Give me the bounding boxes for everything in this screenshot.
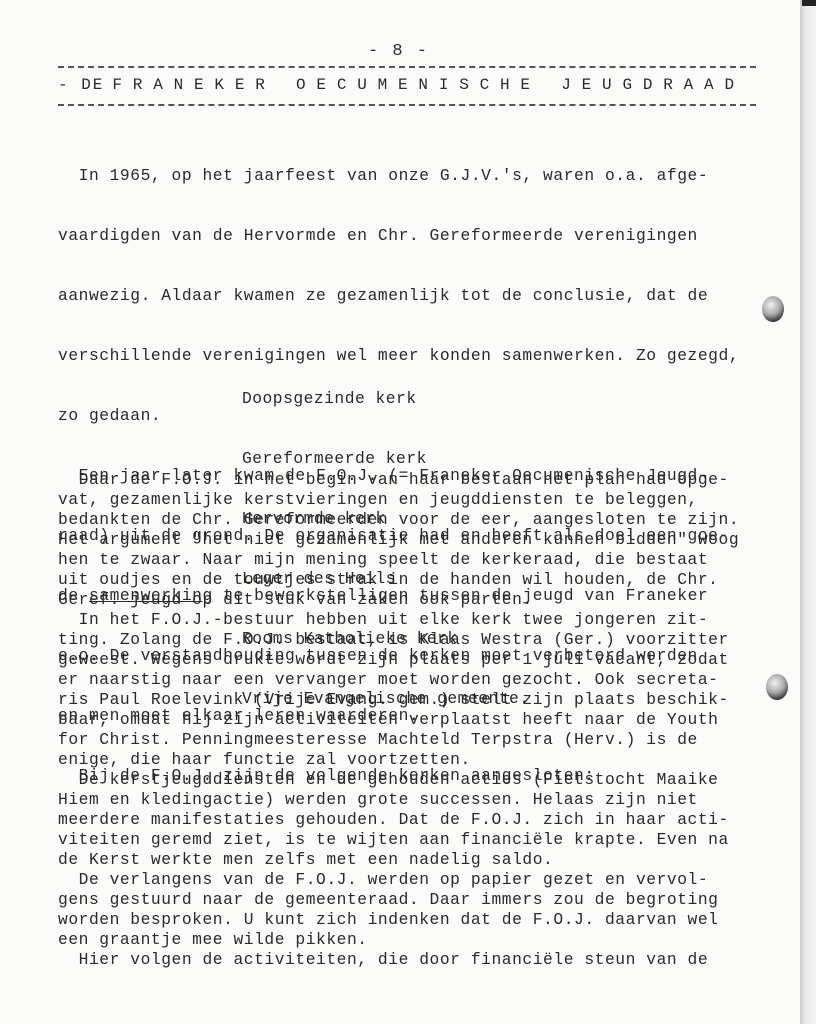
church-item: Doopsgezinde kerk [242, 389, 530, 409]
text-line: Het argument "het niet gezamenlijk met a… [58, 530, 778, 550]
text-line: Geref. jeugd op dit stuk van zaken ook p… [58, 590, 778, 610]
punch-hole [766, 674, 788, 700]
text-line: In het F.O.J.-bestuur hebben uit elke ke… [58, 610, 778, 630]
text-line: de Kerst werkte men zelfs met een nadeli… [58, 850, 778, 870]
text-line: viteiten geremd ziet, is te wijten aan f… [58, 830, 778, 850]
text-line: De kerstjeugddiensten en de gehouden act… [58, 770, 778, 790]
document-page: - 8 - - DEFRANEKER OECUMENISCHE JEUGDRAA… [0, 0, 800, 1024]
text-line: een graantje mee wilde pikken. [58, 930, 778, 950]
text-line: In 1965, op het jaarfeest van onze G.J.V… [58, 166, 778, 186]
text-line: Hier volgen de activiteiten, die door fi… [58, 950, 778, 970]
dashed-rule-top [58, 66, 756, 68]
dashed-rule-bottom [58, 104, 756, 106]
text-line: er naarstig naar een vervanger moet word… [58, 670, 778, 690]
scan-edge [802, 0, 816, 6]
text-line: enige, die haar functie zal voortzetten. [58, 750, 778, 770]
body-text-continued: Daar de F.O.J. in het begin van haar bes… [58, 470, 778, 970]
text-line: ris Paul Roelevink (Vrije Evang. gem.) s… [58, 690, 778, 710]
punch-hole [762, 296, 784, 322]
text-line: hen te zwaar. Naar mijn mening speelt de… [58, 550, 778, 570]
text-line: De verlangens van de F.O.J. werden op pa… [58, 870, 778, 890]
text-line: ting. Zolang de F.O.J. bestaat, is Klaas… [58, 630, 778, 650]
text-line: worden besproken. U kunt zich indenken d… [58, 910, 778, 930]
text-line: baar, omdat hij zijn activiteiten verpla… [58, 710, 778, 730]
title-lead: - DE [58, 76, 104, 94]
page-number: - 8 - [368, 42, 429, 61]
text-line: vaardigden van de Hervormde en Chr. Gere… [58, 226, 778, 246]
text-line: vat, gezamenlijke kerstvieringen en jeug… [58, 490, 778, 510]
text-line: geweest. Wegens drukte wordt zijn plaats… [58, 650, 778, 670]
text-line: meerdere manifestaties gehouden. Dat de … [58, 810, 778, 830]
page-title: - DEFRANEKER OECUMENISCHE JEUGDRAAD [58, 76, 745, 94]
text-line: uit oudjes en de touwtjes strak in de ha… [58, 570, 778, 590]
text-line: bedankten de Chr. Gereformeerden voor de… [58, 510, 778, 530]
church-item: Gereformeerde kerk [242, 449, 530, 469]
text-line: gens gestuurd naar de gemeenteraad. Daar… [58, 890, 778, 910]
text-line: Daar de F.O.J. in het begin van haar bes… [58, 470, 778, 490]
text-line: aanwezig. Aldaar kwamen ze gezamenlijk t… [58, 286, 778, 306]
text-line: for Christ. Penningmeesteresse Machteld … [58, 730, 778, 750]
page-edge [800, 0, 816, 1024]
text-line: Hiem en kledingactie) werden grote succe… [58, 790, 778, 810]
title-text: FRANEKER OECUMENISCHE JEUGDRAAD [112, 76, 744, 94]
